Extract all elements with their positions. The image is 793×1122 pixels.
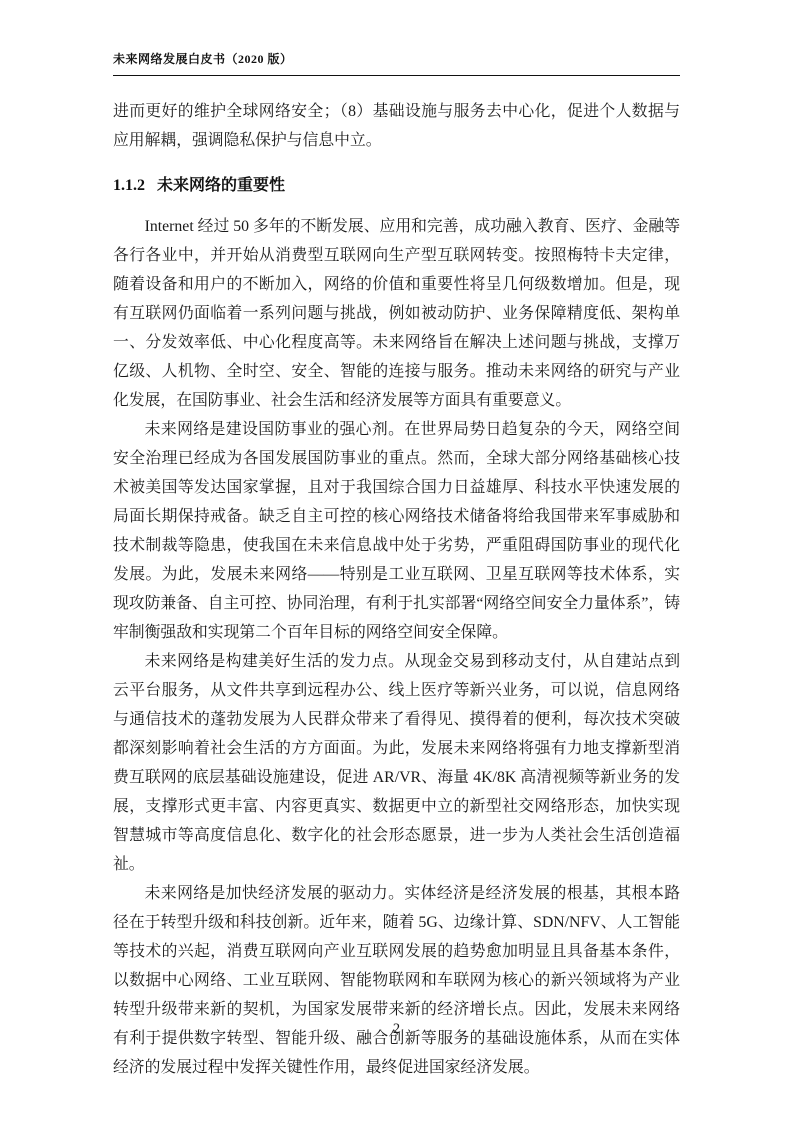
paragraph-continuation: 进而更好的维护全球网络安全；（8）基础设施与服务去中心化，促进个人数据与应用解耦… xyxy=(113,97,680,155)
paragraph-better-life: 未来网络是构建美好生活的发力点。从现金交易到移动支付，从自建站点到云平台服务，从… xyxy=(113,647,680,879)
section-title: 未来网络的重要性 xyxy=(157,177,285,194)
page-content: 进而更好的维护全球网络安全；（8）基础设施与服务去中心化，促进个人数据与应用解耦… xyxy=(113,97,680,1082)
page-header: 未来网络发展白皮书（2020 版） xyxy=(113,50,680,76)
page-footer: 2 xyxy=(0,1020,793,1038)
section-heading: 1.1.2 未来网络的重要性 xyxy=(113,171,680,200)
section-number: 1.1.2 xyxy=(113,177,145,194)
page-number: 2 xyxy=(393,1021,400,1037)
document-page: 未来网络发展白皮书（2020 版） 进而更好的维护全球网络安全；（8）基础设施与… xyxy=(0,0,793,1122)
paragraph-internet-development: Internet 经过 50 多年的不断发展、应用和完善，成功融入教育、医疗、金… xyxy=(113,212,680,415)
running-header-title: 未来网络发展白皮书（2020 版） xyxy=(113,52,293,66)
paragraph-national-defense: 未来网络是建设国防事业的强心剂。在世界局势日趋复杂的今天，网络空间安全治理已经成… xyxy=(113,415,680,647)
paragraph-economic-development: 未来网络是加快经济发展的驱动力。实体经济是经济发展的根基，其根本路径在于转型升级… xyxy=(113,879,680,1082)
